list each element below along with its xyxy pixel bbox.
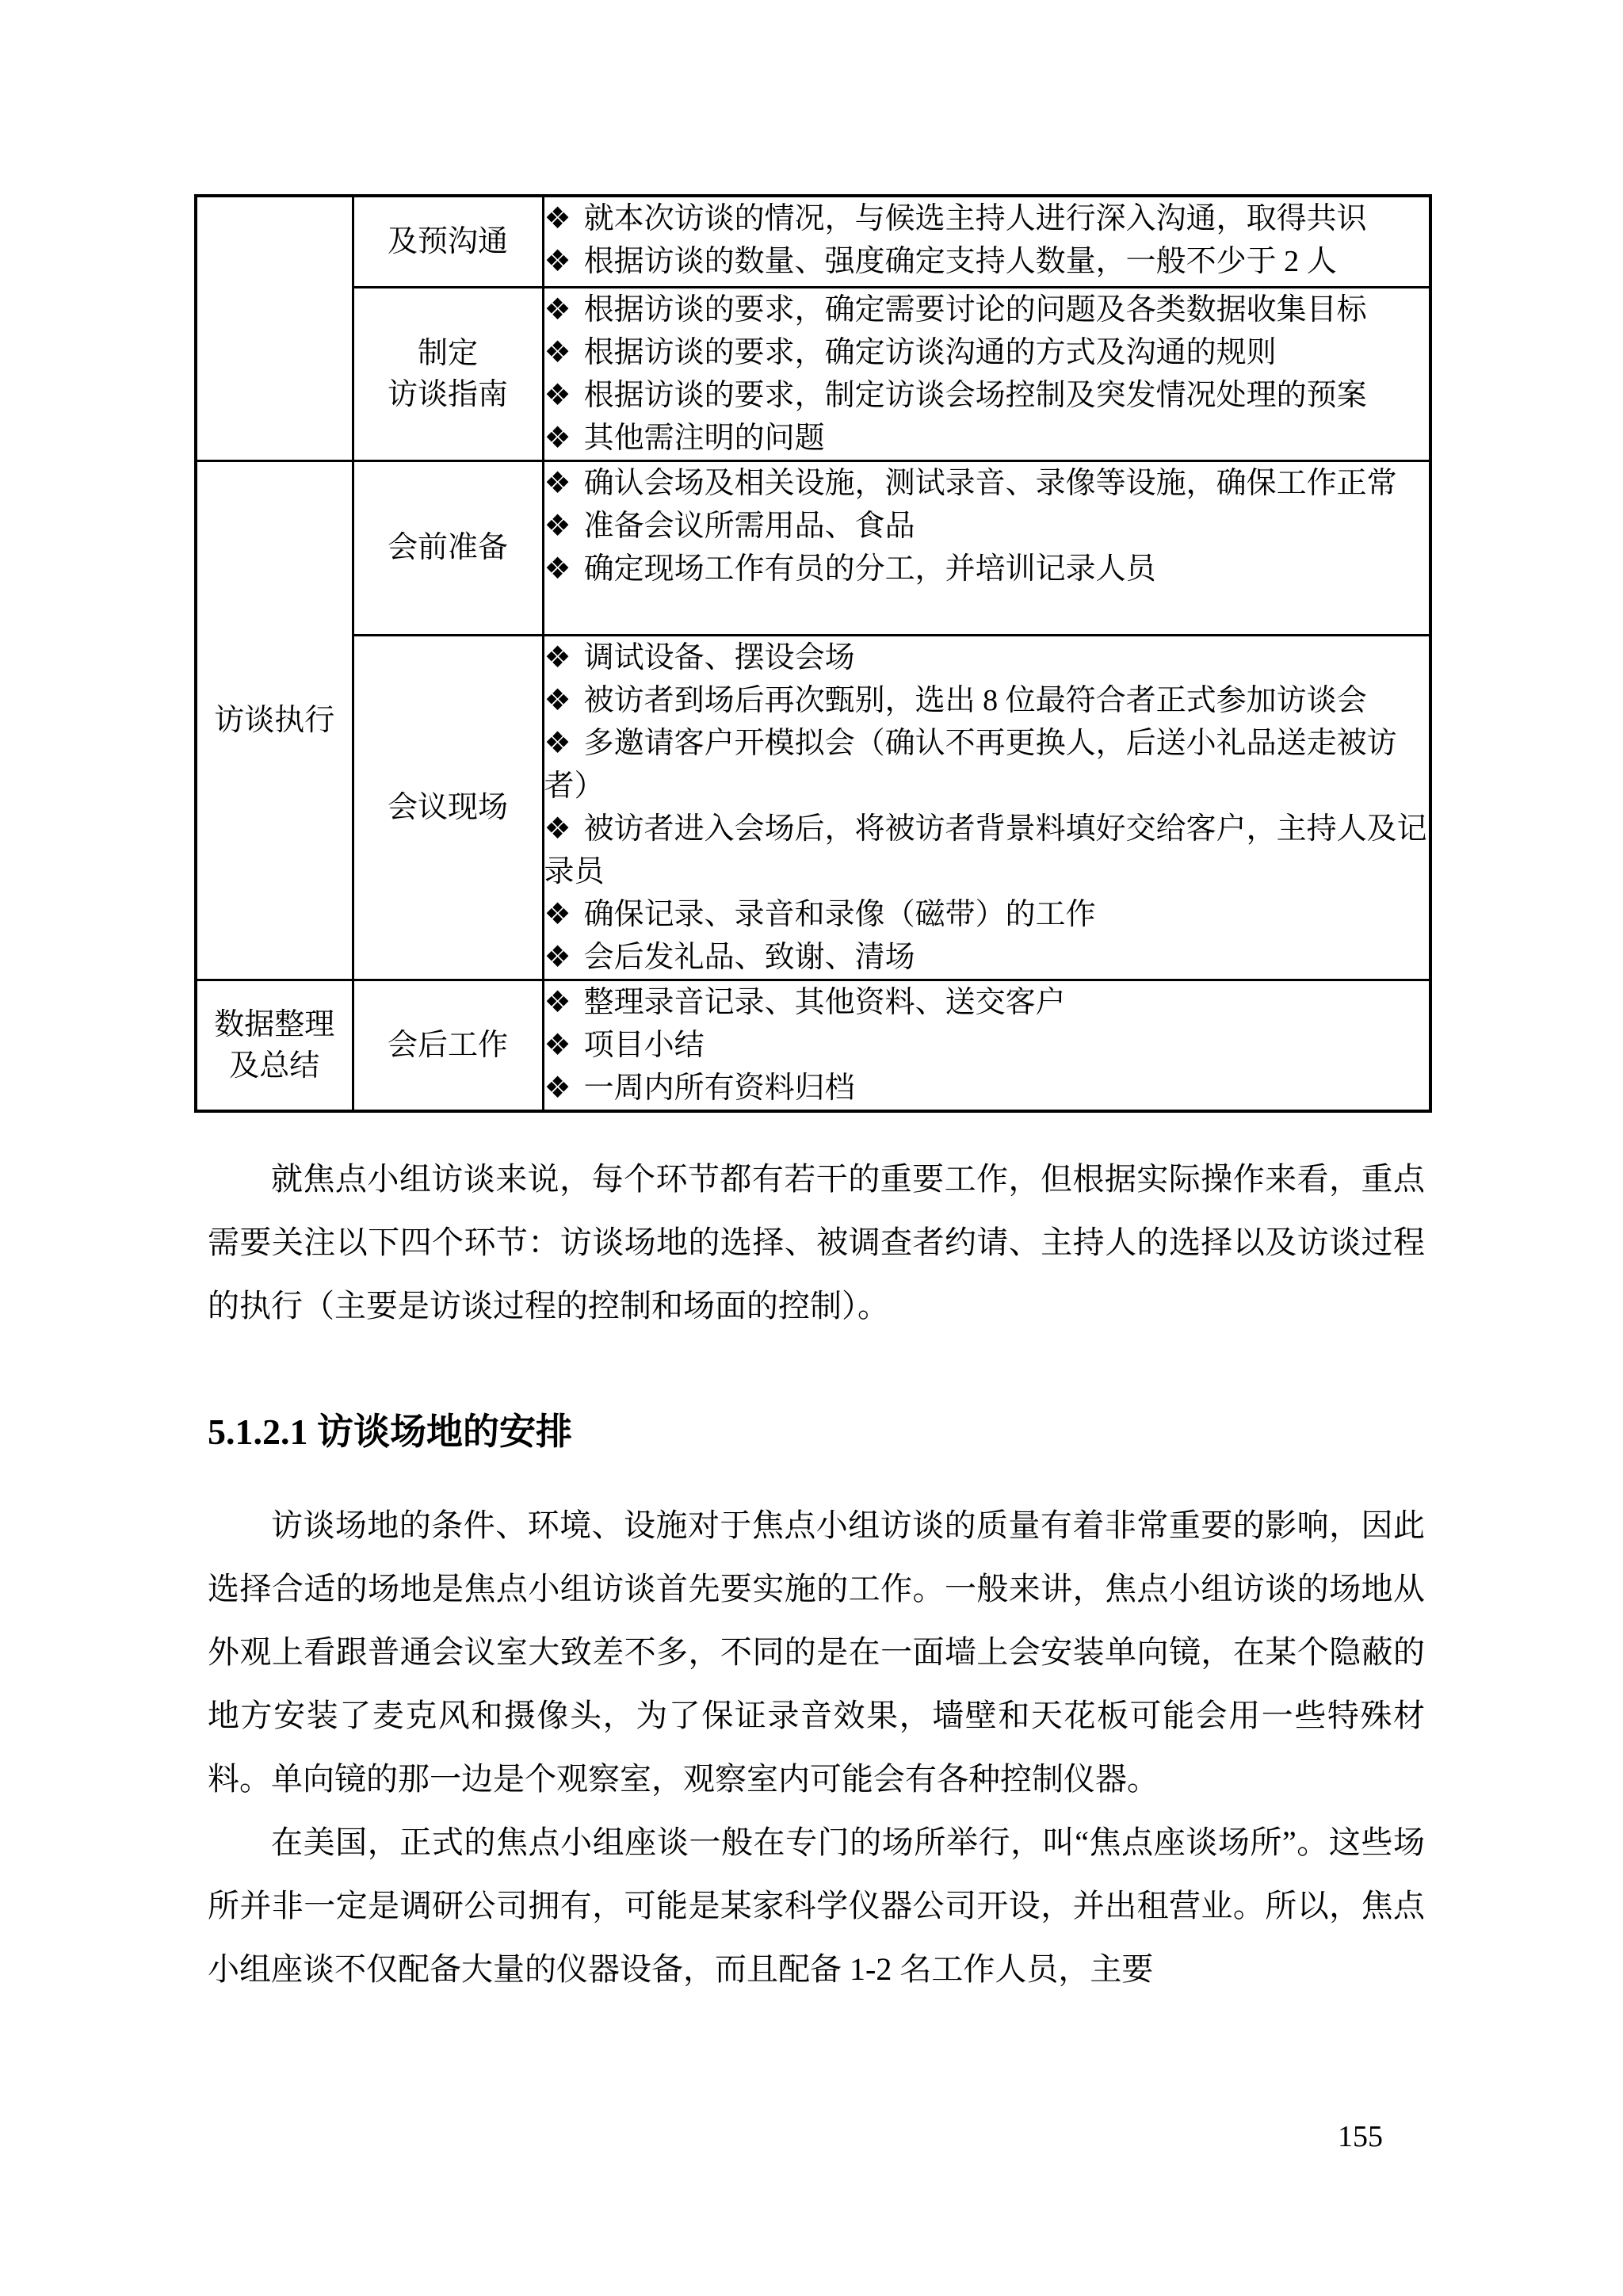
- table-row: 及预沟通 ❖就本次访谈的情况，与候选主持人进行深入沟通，取得共识 ❖根据访谈的数…: [196, 196, 1430, 287]
- body-paragraph: 访谈场地的条件、环境、设施对于焦点小组访谈的质量有着非常重要的影响，因此选择合适…: [208, 1494, 1425, 1811]
- task-text: 整理录音记录、其他资料、送交客户: [584, 986, 1066, 1019]
- step-label: 访谈指南: [354, 374, 542, 415]
- task-item: ❖根据访谈的数量、强度确定支持人数量，一般不少于 2 人: [544, 240, 1430, 283]
- diamond-bullet-icon: ❖: [544, 467, 571, 500]
- task-text: 被访者到场后再次甄别，选出 8 位最符合者正式参加访谈会: [584, 684, 1367, 717]
- diamond-bullet-icon: ❖: [544, 812, 571, 846]
- diamond-bullet-icon: ❖: [544, 1072, 571, 1105]
- diamond-bullet-icon: ❖: [544, 379, 571, 412]
- task-item: ❖确定现场工作有员的分工，并培训记录人员: [544, 548, 1430, 590]
- diamond-bullet-icon: ❖: [544, 898, 571, 931]
- task-item: ❖被访者到场后再次甄别，选出 8 位最符合者正式参加访谈会: [544, 679, 1430, 722]
- section-heading: 5.1.2.1 访谈场地的安排: [208, 1409, 572, 1455]
- tasks-cell: ❖整理录音记录、其他资料、送交客户 ❖项目小结 ❖一周内所有资料归档: [543, 980, 1430, 1111]
- step-cell: 会议现场: [353, 635, 543, 980]
- task-text: 确保记录、录音和录像（磁带）的工作: [584, 898, 1096, 931]
- task-item: ❖就本次访谈的情况，与候选主持人进行深入沟通，取得共识: [544, 197, 1430, 240]
- table-row: 会议现场 ❖调试设备、摆设会场 ❖被访者到场后再次甄别，选出 8 位最符合者正式…: [196, 635, 1430, 980]
- stage-label: 及总结: [197, 1045, 352, 1087]
- table-row: 制定 访谈指南 ❖根据访谈的要求，确定需要讨论的问题及各类数据收集目标 ❖根据访…: [196, 287, 1430, 460]
- diamond-bullet-icon: ❖: [544, 641, 571, 674]
- step-label: 会议现场: [354, 787, 542, 828]
- process-table: 及预沟通 ❖就本次访谈的情况，与候选主持人进行深入沟通，取得共识 ❖根据访谈的数…: [194, 194, 1432, 1113]
- stage-cell-empty: [196, 196, 353, 460]
- task-item: ❖会后发礼品、致谢、清场: [544, 936, 1430, 979]
- task-item: ❖其他需注明的问题: [544, 417, 1430, 460]
- step-cell: 及预沟通: [353, 196, 543, 287]
- document-page: 及预沟通 ❖就本次访谈的情况，与候选主持人进行深入沟通，取得共识 ❖根据访谈的数…: [0, 0, 1623, 2296]
- diamond-bullet-icon: ❖: [544, 941, 571, 974]
- body-paragraph: 在美国，正式的焦点小组座谈一般在专门的场所举行，叫“焦点座谈场所”。这些场所并非…: [208, 1811, 1425, 2001]
- step-label: 制定: [354, 333, 542, 374]
- task-item: ❖准备会议所需用品、食品: [544, 505, 1430, 548]
- task-text: 就本次访谈的情况，与候选主持人进行深入沟通，取得共识: [584, 202, 1367, 235]
- body-block: 访谈场地的条件、环境、设施对于焦点小组访谈的质量有着非常重要的影响，因此选择合适…: [208, 1494, 1425, 2001]
- diamond-bullet-icon: ❖: [544, 245, 571, 278]
- task-item: ❖整理录音记录、其他资料、送交客户: [544, 981, 1430, 1024]
- task-text: 准备会议所需用品、食品: [584, 510, 915, 543]
- task-text: 确定现场工作有员的分工，并培训记录人员: [584, 552, 1156, 586]
- task-text: 被访者进入会场后，将被访者背景料填好交给客户，主持人及记录员: [544, 812, 1427, 888]
- diamond-bullet-icon: ❖: [544, 510, 571, 543]
- diamond-bullet-icon: ❖: [544, 336, 571, 369]
- diamond-bullet-icon: ❖: [544, 1029, 571, 1062]
- step-label: 及预沟通: [354, 221, 542, 262]
- stage-cell: 访谈执行: [196, 460, 353, 980]
- task-text: 根据访谈的要求，确定需要讨论的问题及各类数据收集目标: [584, 293, 1367, 327]
- task-text: 根据访谈的数量、强度确定支持人数量，一般不少于 2 人: [584, 245, 1337, 278]
- stage-label: 数据整理: [197, 1004, 352, 1045]
- task-item: ❖多邀请客户开模拟会（确认不再更换人，后送小礼品送走被访者）: [544, 722, 1430, 808]
- diamond-bullet-icon: ❖: [544, 202, 571, 235]
- tasks-cell: ❖调试设备、摆设会场 ❖被访者到场后再次甄别，选出 8 位最符合者正式参加访谈会…: [543, 635, 1430, 980]
- task-text: 项目小结: [584, 1029, 705, 1062]
- stage-label: 访谈执行: [197, 700, 352, 741]
- task-text: 其他需注明的问题: [584, 422, 825, 455]
- tasks-cell: ❖确认会场及相关设施，测试录音、录像等设施，确保工作正常 ❖准备会议所需用品、食…: [543, 460, 1430, 635]
- table-row: 访谈执行 会前准备 ❖确认会场及相关设施，测试录音、录像等设施，确保工作正常 ❖…: [196, 460, 1430, 635]
- step-cell: 会后工作: [353, 980, 543, 1111]
- task-item: ❖根据访谈的要求，确定访谈沟通的方式及沟通的规则: [544, 331, 1430, 374]
- task-text: 多邀请客户开模拟会（确认不再更换人，后送小礼品送走被访者）: [544, 727, 1397, 803]
- diamond-bullet-icon: ❖: [544, 293, 571, 327]
- stage-cell: 数据整理 及总结: [196, 980, 353, 1111]
- task-item: ❖根据访谈的要求，确定需要讨论的问题及各类数据收集目标: [544, 288, 1430, 331]
- diamond-bullet-icon: ❖: [544, 986, 571, 1019]
- task-text: 调试设备、摆设会场: [584, 641, 855, 674]
- task-item: ❖确保记录、录音和录像（磁带）的工作: [544, 893, 1430, 936]
- step-label: 会后工作: [354, 1025, 542, 1066]
- task-item: ❖根据访谈的要求，制定访谈会场控制及突发情况处理的预案: [544, 374, 1430, 417]
- step-cell: 制定 访谈指南: [353, 287, 543, 460]
- task-text: 根据访谈的要求，确定访谈沟通的方式及沟通的规则: [584, 336, 1277, 369]
- diamond-bullet-icon: ❖: [544, 727, 571, 760]
- task-text: 一周内所有资料归档: [584, 1072, 855, 1105]
- table-row: 数据整理 及总结 会后工作 ❖整理录音记录、其他资料、送交客户 ❖项目小结 ❖一…: [196, 980, 1430, 1111]
- task-item: ❖被访者进入会场后，将被访者背景料填好交给客户，主持人及记录员: [544, 808, 1430, 893]
- task-text: 会后发礼品、致谢、清场: [584, 941, 915, 974]
- task-item: ❖一周内所有资料归档: [544, 1067, 1430, 1110]
- page-number: 155: [1338, 2118, 1383, 2156]
- diamond-bullet-icon: ❖: [544, 552, 571, 586]
- task-item: ❖调试设备、摆设会场: [544, 636, 1430, 679]
- tasks-cell: ❖根据访谈的要求，确定需要讨论的问题及各类数据收集目标 ❖根据访谈的要求，确定访…: [543, 287, 1430, 460]
- step-cell: 会前准备: [353, 460, 543, 635]
- task-text: 根据访谈的要求，制定访谈会场控制及突发情况处理的预案: [584, 379, 1367, 412]
- task-item: ❖确认会场及相关设施，测试录音、录像等设施，确保工作正常: [544, 462, 1430, 505]
- task-item: ❖项目小结: [544, 1024, 1430, 1067]
- tasks-cell: ❖就本次访谈的情况，与候选主持人进行深入沟通，取得共识 ❖根据访谈的数量、强度确…: [543, 196, 1430, 287]
- step-label: 会前准备: [354, 527, 542, 568]
- body-paragraph: 就焦点小组访谈来说，每个环节都有若干的重要工作，但根据实际操作来看，重点需要关注…: [208, 1148, 1425, 1338]
- diamond-bullet-icon: ❖: [544, 684, 571, 717]
- task-text: 确认会场及相关设施，测试录音、录像等设施，确保工作正常: [584, 467, 1397, 500]
- diamond-bullet-icon: ❖: [544, 422, 571, 455]
